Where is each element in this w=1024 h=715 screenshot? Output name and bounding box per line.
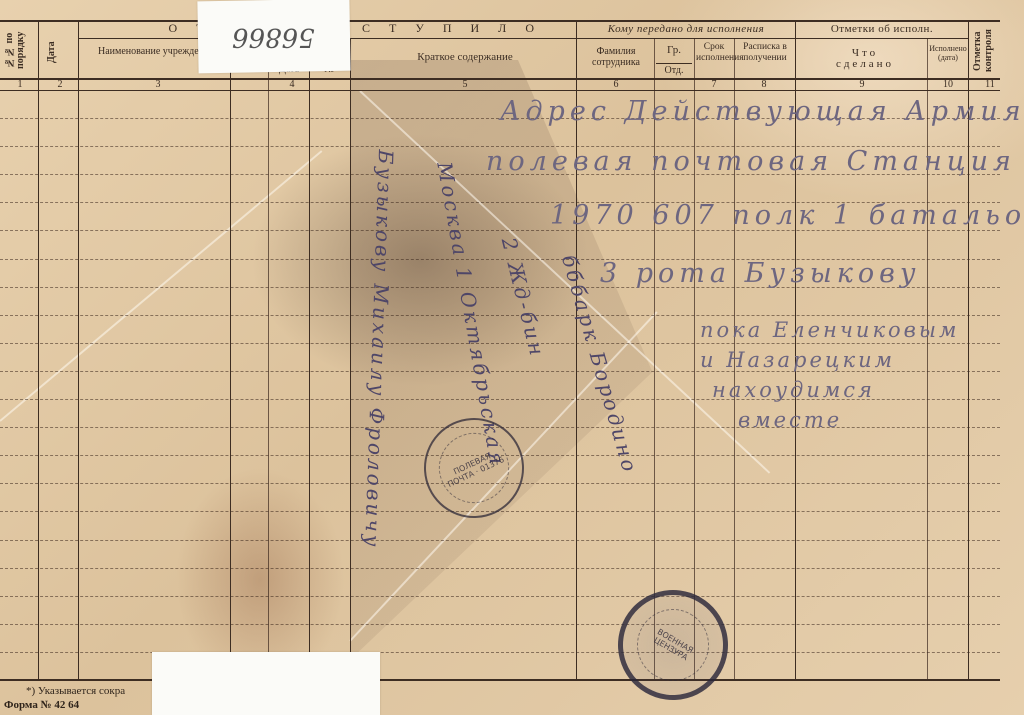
sticker-handwritten-number: 56866 — [232, 22, 315, 52]
colnum-7: 7 — [704, 79, 724, 90]
col-divider — [350, 38, 351, 679]
handwritten-note-line-2: и Назарецким — [700, 348, 895, 372]
colnum-10: 10 — [938, 79, 958, 90]
row-line — [0, 511, 1000, 512]
col-divider — [927, 38, 928, 679]
censor-stamp-text: ВОЕННАЯ ЦЕНЗУРА — [638, 620, 708, 671]
handwritten-address-line-4: 3 рота Бузыкову — [600, 258, 921, 289]
col-divider — [694, 38, 695, 679]
header-group-komu: Кому передано для исполнения — [578, 24, 794, 35]
header-col-6: Фамилия сотрудника — [580, 46, 652, 68]
col-divider — [230, 38, 231, 679]
col-divider — [78, 20, 79, 679]
colnum-bottom-border — [0, 90, 1000, 91]
colnum-4: 4 — [282, 79, 302, 90]
form-number-text: Форма № 42 64 — [4, 699, 79, 711]
header-col-6-dept: Отд. — [656, 63, 692, 76]
form-number: Форма № 42 64 — [4, 699, 79, 711]
row-line — [0, 624, 1000, 625]
row-line — [0, 596, 1000, 597]
header-col-8: Расписка в получении — [736, 42, 794, 64]
handwritten-note-line-4: вместе — [738, 408, 842, 432]
colnum-2: 2 — [50, 79, 70, 90]
col-divider — [38, 20, 39, 679]
handwritten-note-line-1: пока Еленчиковым — [700, 318, 959, 342]
colnum-6: 6 — [606, 79, 626, 90]
handwritten-note-line-3: нахоудимся — [712, 378, 875, 402]
header-col-2: Дата — [46, 30, 70, 74]
header-col-5: Краткое содержание — [360, 52, 570, 63]
col-divider — [309, 60, 310, 679]
header-col-6-group: Гр. — [656, 45, 692, 56]
header-col-10: Исполнено (дата) — [929, 44, 967, 62]
bottom-patch — [152, 652, 380, 715]
col-divider — [268, 60, 269, 679]
header-col-11: Отметка контроля — [972, 24, 1000, 78]
table-bottom-border — [0, 679, 1000, 681]
header-group-otmetki: Отметки об исполн. — [797, 24, 967, 35]
colnum-9: 9 — [852, 79, 872, 90]
row-line — [0, 568, 1000, 569]
col-divider — [654, 38, 655, 679]
colnum-5: 5 — [455, 79, 475, 90]
colnum-1: 1 — [10, 79, 30, 90]
row-line — [0, 652, 1000, 653]
header-group-postupilo: С Т У П И Л О — [352, 23, 552, 34]
row-line — [0, 540, 1000, 541]
postmark-text: ПОЛЕВАЯ ПОЧТА · 01376 — [440, 446, 508, 491]
handwritten-address-line-3: 1970 607 полк 1 батальон — [550, 200, 1024, 231]
handwritten-address-line-2: полевая почтовая Станция — [486, 146, 1016, 177]
handwritten-address-line-1: Адрес Действующая Армия — [500, 96, 1024, 127]
colnum-11: 11 — [980, 79, 1000, 90]
header-col-9: Что сделано — [820, 48, 910, 70]
colnum-3: 3 — [148, 79, 168, 90]
row-line — [0, 343, 1000, 344]
row-line — [0, 315, 1000, 316]
form-footnote: *) Указывается сокра — [26, 685, 125, 697]
header-col-7: Срок исполнения — [696, 42, 732, 64]
colnum-8: 8 — [754, 79, 774, 90]
header-col-1: №№ по порядку — [4, 24, 34, 76]
